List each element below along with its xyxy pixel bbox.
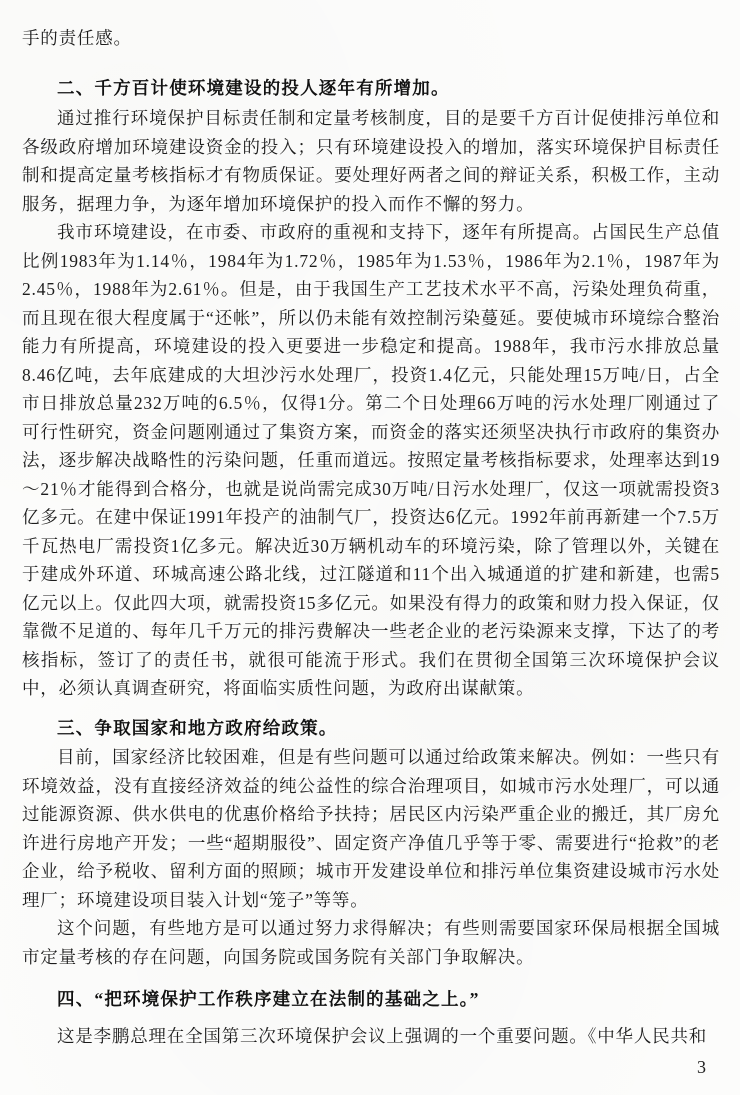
paragraph-investment-policy: 通过推行环境保护目标责任制和定量考核制度，目的是要千方百计促使排污单位和各级政府… bbox=[22, 104, 720, 218]
paragraph-problem-resolution: 这个问题，有些地方是可以通过努力求得解决；有些则需要国家环保局根据全国城市定量考… bbox=[22, 914, 720, 971]
section-heading-2: 二、千方百计使环境建设的投人逐年有所增加。 bbox=[22, 74, 720, 103]
paragraph-policy-examples: 目前，国家经济比较困难，但是有些问题可以通过给政策来解决。例如：一些只有环境效益… bbox=[22, 743, 720, 914]
document-body: 手的责任感。 二、千方百计使环境建设的投人逐年有所增加。 通过推行环境保护目标责… bbox=[22, 24, 720, 1050]
section-heading-4: 四、“把环境保护工作秩序建立在法制的基础之上。” bbox=[22, 985, 720, 1014]
paragraph-city-environment-stats: 我市环境建设，在市委、市政府的重视和支持下，逐年有所提高。占国民生产总值比例19… bbox=[22, 218, 720, 703]
page-number: 3 bbox=[697, 1057, 706, 1078]
section-heading-3: 三、争取国家和地方政府给政策。 bbox=[22, 714, 720, 743]
paragraph-li-peng-remark: 这是李鹏总理在全国第三次环境保护会议上强调的一个重要问题。《中华人民共和 bbox=[22, 1022, 720, 1051]
continuation-paragraph: 手的责任感。 bbox=[22, 24, 720, 53]
